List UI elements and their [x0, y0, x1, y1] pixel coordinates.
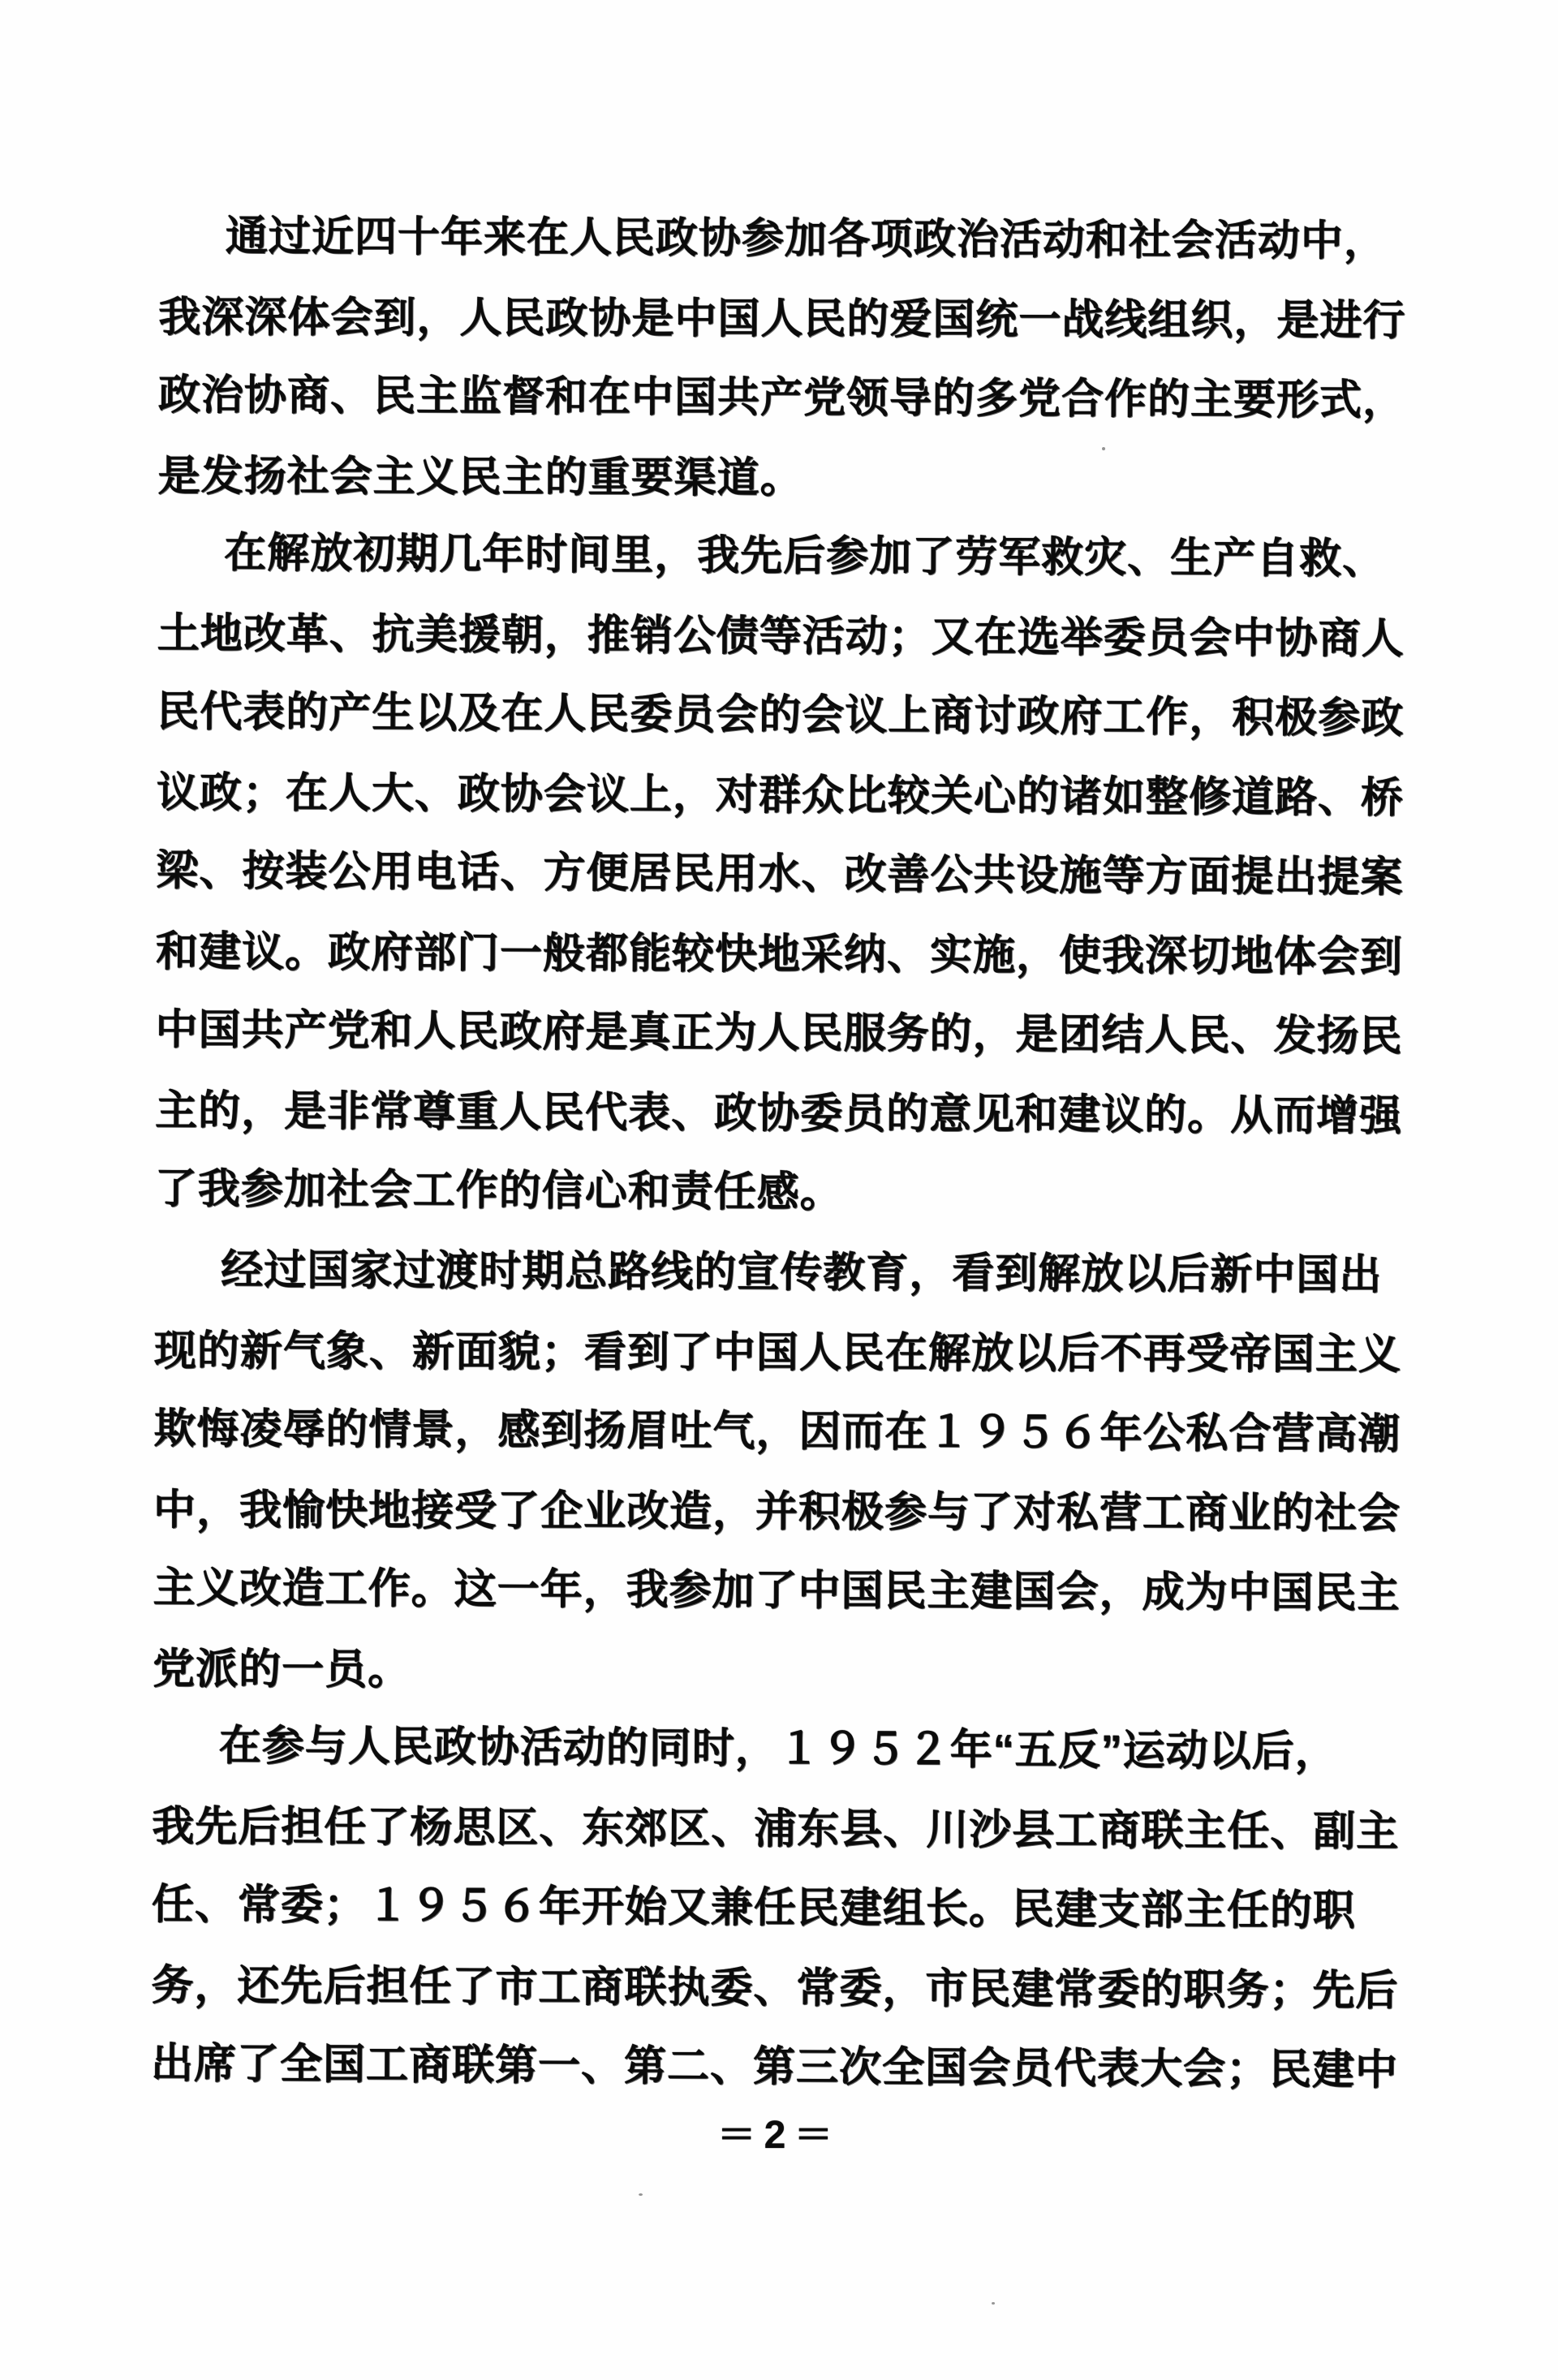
text-line: 了我参加社会工作的信心和责任感。 — [154, 1149, 1409, 1235]
text-line: 在参与人民政协活动的同时，１９５２年“五反”运动以后， — [152, 1706, 1406, 1792]
text-line: 党派的一员。 — [153, 1629, 1406, 1713]
text-line: 中，我愉快地接受了企业改造，并积极参与了对私营工商业的社会 — [153, 1470, 1407, 1554]
page-number: ＝2＝ — [0, 2103, 1558, 2159]
text-line: 政治协商、民主监督和在中国共产党领导的多党合作的主要形式， — [158, 355, 1412, 441]
text-line: 欺悔凌辱的情景，感到扬眉吐气，因而在１９５６年公私合营高潮 — [153, 1389, 1407, 1474]
scan-speck — [187, 403, 191, 407]
paragraph: 经过国家过渡时期总路线的宣传教育，看到解放以后新中国出现的新气象、新面貌；看到了… — [153, 1230, 1409, 1713]
scanned-page: 通过近四十年来在人民政协参加各项政治活动和社会活动中，我深深体会到，人民政协是中… — [0, 0, 1558, 2380]
text-line: 议政；在人大、政协会议上，对群众比较关心的诸如整修道路、桥 — [157, 753, 1410, 838]
scan-speck — [1102, 447, 1105, 450]
paragraph: 在参与人民政协活动的同时，１９５２年“五反”运动以后，我先后担任了杨思区、东郊区… — [151, 1707, 1406, 2111]
text-line: 是发扬社会主义民主的重要渠道。 — [157, 437, 1411, 520]
text-line: 梁、按装公用电话、方便居民用水、改善公共设施等方面提出提案 — [156, 831, 1410, 917]
text-line: 主的，是非常尊重人民代表、政协委员的意见和建议的。从而增强 — [155, 1071, 1409, 1156]
text-line: 经过国家过渡时期总路线的宣传教育，看到解放以后新中国出 — [154, 1230, 1408, 1315]
text-line: 通过近四十年来在人民政协参加各项政治活动和社会活动中， — [159, 196, 1413, 282]
text-line: 中国共产党和人民政府是真正为人民服务的，是团结人民、发扬民 — [155, 990, 1410, 1076]
text-line: 在解放初期几年时间里，我先后参加了劳军救灾、生产自救、 — [157, 513, 1412, 599]
document-text: 通过近四十年来在人民政协参加各项政治活动和社会活动中，我深深体会到，人民政协是中… — [151, 196, 1413, 2111]
scan-speck — [639, 2193, 643, 2196]
text-line: 和建议。政府部门一般都能较快地采纳、实施，使我深切地体会到 — [156, 912, 1410, 997]
text-line: 出席了全国工商联第一、第二、第三次全国会员代表大会；民建中 — [151, 2024, 1405, 2110]
paragraph: 通过近四十年来在人民政协参加各项政治活动和社会活动中，我深深体会到，人民政协是中… — [157, 196, 1413, 520]
text-line: 民代表的产生以及在人民委员会的会议上商讨政府工作，积极参政 — [157, 672, 1411, 758]
text-line: 我深深体会到，人民政协是中国人民的爱国统一战线组织，是进行 — [158, 278, 1412, 361]
paragraph: 在解放初期几年时间里，我先后参加了劳军救灾、生产自救、土地改革、抗美援朝，推销公… — [154, 514, 1411, 1236]
text-line: 务，还先后担任了市工商联执委、常委，市民建常委的职务；先后 — [151, 1946, 1405, 2031]
text-line: 主义改造工作。这一年，我参加了中国民主建国会，成为中国民主 — [153, 1548, 1406, 1633]
text-line: 土地改革、抗美援朝，推销公债等活动；又在选举委员会中协商人 — [157, 594, 1410, 679]
text-line: 现的新气象、新面貌；看到了中国人民在解放以后不再受帝国主义 — [154, 1311, 1408, 1395]
text-line: 任、常委；１９５６年开始又兼任民建组长。民建支部主任的职 — [152, 1865, 1406, 1951]
scan-speck — [992, 2302, 995, 2305]
text-line: 我先后担任了杨思区、东郊区、浦东县、川沙县工商联主任、副主 — [152, 1787, 1405, 1872]
